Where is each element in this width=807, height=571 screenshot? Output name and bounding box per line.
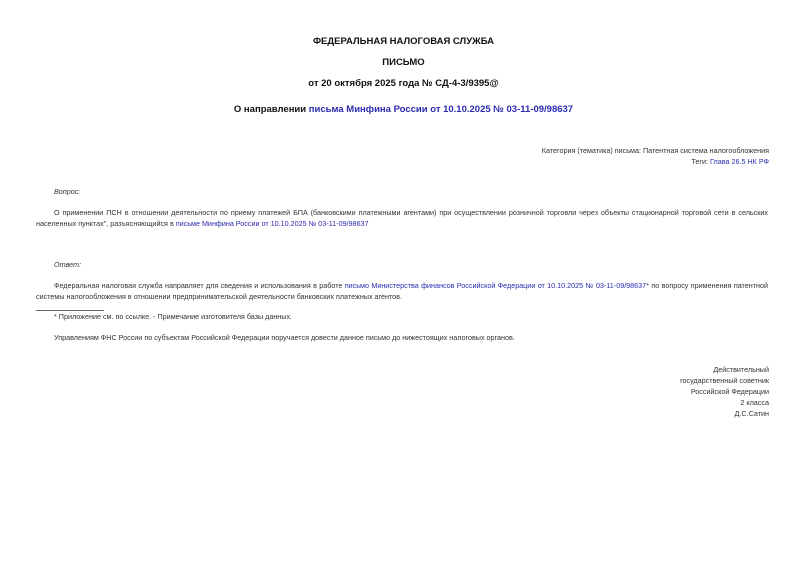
- question-link[interactable]: письме Минфина России от 10.10.2025 № 03…: [176, 219, 369, 228]
- tags-line: Теги: Глава 26.5 НК РФ: [269, 156, 769, 167]
- signature-line: государственный советник: [609, 375, 769, 386]
- answer-heading: Ответ:: [54, 259, 81, 270]
- answer-text: Федеральная налоговая служба направляет …: [36, 280, 768, 302]
- agency-title: ФЕДЕРАЛЬНАЯ НАЛОГОВАЯ СЛУЖБА: [0, 36, 807, 47]
- subject-prefix: О направлении: [234, 104, 309, 115]
- category-value: Патентная система налогообложения: [643, 146, 769, 155]
- document-date-number: от 20 октября 2025 года № СД-4-3/9395@: [0, 78, 807, 89]
- signature-line: 2 класса: [609, 397, 769, 408]
- instruction-text: Управлениям ФНС России по субъектам Росс…: [54, 332, 515, 343]
- signature-line: Действительный: [609, 364, 769, 375]
- question-body: О применении ПСН в отношении деятельност…: [36, 208, 768, 228]
- category-line: Категория (тематика) письма: Патентная с…: [269, 145, 769, 156]
- answer-body-before: Федеральная налоговая служба направляет …: [54, 281, 345, 290]
- category-label: Категория (тематика) письма:: [542, 146, 643, 155]
- tags-label: Теги:: [691, 157, 710, 166]
- signatory-name: Д.С.Сатин: [609, 408, 769, 419]
- question-heading: Вопрос:: [54, 186, 80, 197]
- subject-link[interactable]: письма Минфина России от 10.10.2025 № 03…: [309, 104, 573, 115]
- question-text: О применении ПСН в отношении деятельност…: [36, 207, 768, 229]
- document-subject: О направлении письма Минфина России от 1…: [0, 104, 807, 115]
- footnote: * Приложение см. по ссылке. - Примечание…: [54, 311, 292, 322]
- document-type: ПИСЬМО: [0, 57, 807, 68]
- answer-link[interactable]: письмо Министерства финансов Российской …: [345, 281, 646, 290]
- tags-link[interactable]: Глава 26.5 НК РФ: [710, 157, 769, 166]
- signature-block: Действительный государственный советник …: [609, 364, 769, 419]
- signature-line: Российской Федерации: [609, 386, 769, 397]
